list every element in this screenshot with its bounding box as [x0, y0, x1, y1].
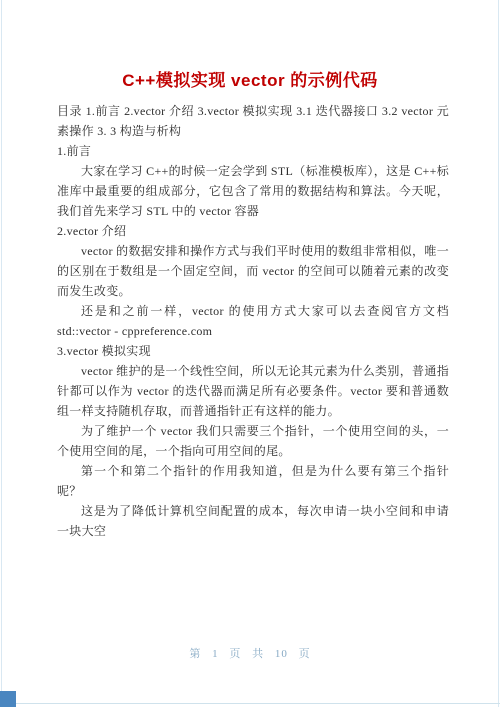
paragraph: 还是和之前一样，vector 的使用方式大家可以去查阅官方文档 std::vec… — [57, 301, 449, 341]
paragraph: vector 的数据安排和操作方式与我们平时使用的数组非常相似，唯一的区别在于数… — [57, 241, 449, 301]
page-edge-left — [1, 0, 2, 707]
page-edge-right — [498, 0, 499, 707]
paragraph: 大家在学习 C++的时候一定会学到 STL（标准模板库），这是 C++标准库中最… — [57, 161, 449, 221]
page-corner-marker — [0, 691, 16, 707]
document-page: C++模拟实现 vector 的示例代码 目录 1.前言 2.vector 介绍… — [0, 0, 500, 707]
document-body: 目录 1.前言 2.vector 介绍 3.vector 模拟实现 3.1 迭代… — [57, 101, 449, 541]
paragraph: 1.前言 — [57, 141, 449, 161]
paragraph: vector 维护的是一个线性空间，所以无论其元素为什么类别，普通指针都可以作为… — [57, 361, 449, 421]
paragraph: 这是为了降低计算机空间配置的成本，每次申请一块小空间和申请一块大空 — [57, 501, 449, 541]
page-edge-bottom — [0, 703, 500, 704]
page-number-footer: 第 1 页 共 10 页 — [0, 645, 500, 661]
paragraph: 3.vector 模拟实现 — [57, 341, 449, 361]
document-title: C++模拟实现 vector 的示例代码 — [0, 0, 500, 91]
paragraph: 2.vector 介绍 — [57, 221, 449, 241]
paragraph: 目录 1.前言 2.vector 介绍 3.vector 模拟实现 3.1 迭代… — [57, 101, 449, 141]
paragraph: 为了维护一个 vector 我们只需要三个指针，一个使用空间的头，一个使用空间的… — [57, 421, 449, 461]
paragraph: 第一个和第二个指针的作用我知道，但是为什么要有第三个指针呢？ — [57, 461, 449, 501]
